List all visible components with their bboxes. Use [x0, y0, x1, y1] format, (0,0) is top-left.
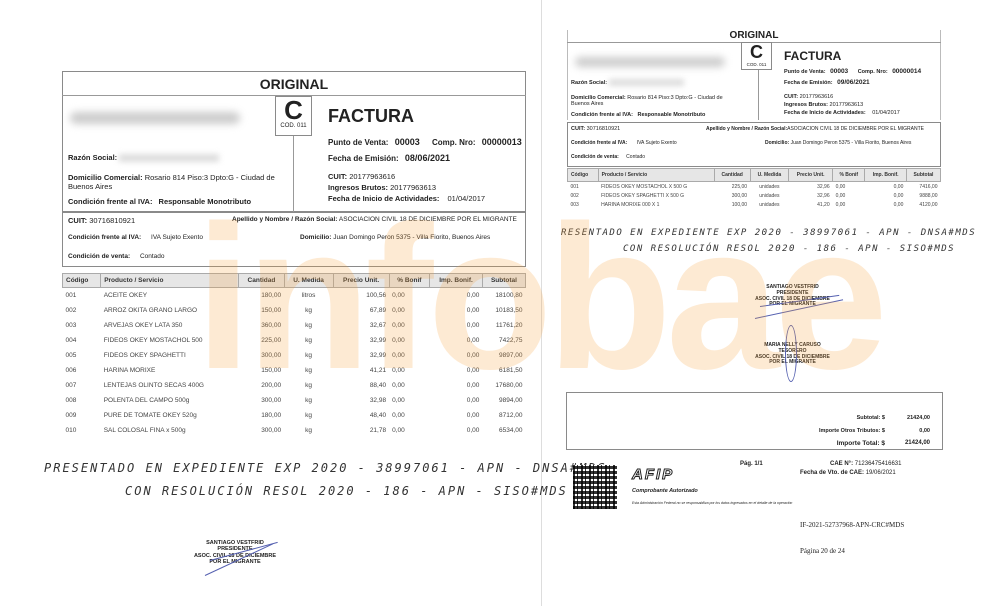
table-cell: FIDEOS OKEY SPAGHETTI X 500 G [598, 191, 714, 200]
table-cell: 0,00 [833, 200, 865, 209]
left-type-box: C COD. 011 [275, 96, 312, 136]
table-cell: unidades [750, 191, 789, 200]
right-cuit-value: 20177963616 [800, 94, 834, 100]
left-copy-label: ORIGINAL [62, 76, 526, 92]
left-client-iva-label: Condición frente al IVA: [68, 234, 141, 241]
table-cell: 0,00 [865, 182, 906, 192]
right-autorizado: Comprobante Autorizado [632, 488, 698, 494]
left-domicilio-label: Domicilio Comercial: [68, 173, 143, 182]
left-client-dom-label: Domicilio: [300, 234, 331, 241]
left-client-venta: Contado [140, 253, 165, 260]
table-cell: 0,00 [430, 423, 483, 438]
table-cell: 9888,00 [906, 191, 940, 200]
table-cell: 32,96 [789, 182, 833, 192]
table-row: 009PURE DE TOMATE OKEY 520g180,00kg48,40… [63, 408, 526, 423]
right-invoice-title: FACTURA [784, 49, 841, 63]
right-page-count: Pág. 1/1 [740, 461, 763, 467]
right-client-nombre: ASOCIACION CIVIL 18 DE DICIEMBRE POR EL … [787, 126, 924, 132]
table-cell: 0,00 [430, 408, 483, 423]
table-cell: 010 [63, 423, 101, 438]
column-header: Código [568, 169, 599, 182]
table-cell: 0,00 [389, 423, 430, 438]
right-inicio-value: 01/04/2017 [872, 110, 900, 116]
right-signature-loop [785, 325, 797, 382]
right-client-venta-label: Condición de venta: [571, 154, 619, 160]
right-center-divider [758, 70, 759, 120]
right-ib-value: 20177963613 [830, 102, 864, 108]
left-client-cuit: 30716810921 [89, 216, 135, 225]
table-cell: 007 [63, 378, 101, 393]
right-pv-label: Punto de Venta: [784, 69, 826, 75]
right-client-venta: Contado [626, 154, 645, 160]
table-cell: 0,00 [430, 378, 483, 393]
table-cell: FIDEOS OKEY SPAGHETTI [101, 348, 239, 363]
table-cell: 300,00 [239, 423, 284, 438]
table-cell: 48,40 [333, 408, 389, 423]
table-cell: kg [284, 333, 333, 348]
column-header: Producto / Servicio [101, 274, 239, 288]
table-cell: 0,00 [430, 303, 483, 318]
page-separator [541, 0, 542, 606]
table-cell: 0,00 [389, 288, 430, 304]
right-doc-reference: IF-2021-52737968-APN-CRC#MDS [800, 521, 904, 529]
table-row: 010SAL COLOSAL FINA x 500g300,00kg21,780… [63, 423, 526, 438]
right-cae-label: CAE N°: [830, 461, 853, 467]
table-row: 002ARROZ OKITA GRANO LARGO150,00kg67,890… [63, 303, 526, 318]
table-cell: 003 [63, 318, 101, 333]
table-cell: 003 [568, 200, 599, 209]
left-pv-label: Punto de Venta: [328, 138, 388, 147]
right-subtotal-value: 21424,00 [890, 415, 930, 421]
table-cell: 360,00 [239, 318, 284, 333]
left-ib-label: Ingresos Brutos: [328, 183, 388, 192]
table-cell: 0,00 [833, 182, 865, 192]
table-cell: ARVEJAS OKEY LATA 350 [101, 318, 239, 333]
table-row: 001FIDEOS OKEY MOSTACHOL X 500 G225,00un… [568, 182, 941, 192]
table-cell: 8712,00 [482, 408, 525, 423]
table-cell: kg [284, 378, 333, 393]
table-cell: 180,00 [239, 288, 284, 304]
table-cell: 0,00 [430, 348, 483, 363]
left-comp-value: 00000013 [482, 137, 522, 147]
left-table-header: CódigoProducto / ServicioCantidadU. Medi… [63, 274, 526, 288]
table-row: 003HARINA MORIXE 000 X 1100,00unidades41… [568, 200, 941, 209]
column-header: Subtotal [906, 169, 940, 182]
table-cell: LENTEJAS OLINTO SECAS 400G [101, 378, 239, 393]
table-cell: kg [284, 348, 333, 363]
right-total-label: Importe Total: $ [740, 440, 885, 447]
right-blurred-razon [609, 79, 684, 86]
table-cell: 150,00 [239, 363, 284, 378]
table-cell: 17680,00 [482, 378, 525, 393]
table-cell: 004 [63, 333, 101, 348]
right-type-code: COD. 011 [742, 62, 771, 67]
table-cell: kg [284, 303, 333, 318]
right-handwritten-line1: RESENTADO EN EXPEDIENTE EXP 2020 - 38997… [561, 228, 976, 238]
table-row: 002FIDEOS OKEY SPAGHETTI X 500 G300,00un… [568, 191, 941, 200]
left-client-nombre-label: Apellido y Nombre / Razón Social: [232, 216, 337, 223]
table-cell: 6181,50 [482, 363, 525, 378]
table-cell: 005 [63, 348, 101, 363]
left-iva-value: Responsable Monotributo [159, 197, 252, 206]
left-type-code: COD. 011 [276, 123, 311, 129]
table-cell: kg [284, 408, 333, 423]
table-cell: 0,00 [389, 378, 430, 393]
table-cell: 67,89 [333, 303, 389, 318]
right-iva-value: Responsable Monotributo [637, 112, 705, 118]
left-cuit-value: 20177963616 [349, 172, 395, 181]
right-fecha-label: Fecha de Emisión: [784, 80, 833, 86]
table-cell: 001 [63, 288, 101, 304]
left-client-iva: IVA Sujeto Exento [151, 234, 203, 241]
table-cell: kg [284, 423, 333, 438]
column-header: Código [63, 274, 101, 288]
table-cell: 225,00 [239, 333, 284, 348]
left-blurred-razon [119, 154, 219, 162]
table-cell: 200,00 [239, 378, 284, 393]
left-invoice-title: FACTURA [328, 106, 414, 127]
right-otros-value: 0,00 [890, 428, 930, 434]
right-left-edge [567, 30, 568, 120]
table-cell: 32,96 [789, 191, 833, 200]
right-comp-label: Comp. Nro: [858, 69, 888, 75]
left-blurred-name [70, 112, 240, 124]
right-right-edge [940, 30, 941, 120]
table-cell: 300,00 [714, 191, 750, 200]
table-cell: 7422,75 [482, 333, 525, 348]
table-cell: ARROZ OKITA GRANO LARGO [101, 303, 239, 318]
column-header: Precio Unit. [789, 169, 833, 182]
right-client-iva: IVA Sujeto Exento [637, 140, 677, 146]
table-cell: 32,99 [333, 348, 389, 363]
right-cuit-label: CUIT: [784, 94, 798, 100]
right-items-table: CódigoProducto / ServicioCantidadU. Medi… [567, 168, 941, 209]
column-header: Cantidad [239, 274, 284, 288]
column-header: Producto / Servicio [598, 169, 714, 182]
right-disclaimer: Esta Administración Federal no se respon… [632, 501, 792, 505]
table-cell: 21,78 [333, 423, 389, 438]
table-cell: 32,98 [333, 393, 389, 408]
left-center-divider [293, 127, 294, 212]
right-vto-value: 19/06/2021 [866, 470, 896, 476]
table-cell: 180,00 [239, 408, 284, 423]
left-handwritten-line1: PRESENTADO EN EXPEDIENTE EXP 2020 - 3899… [44, 461, 607, 475]
right-iva-label: Condición frente al IVA: [571, 112, 633, 118]
column-header: U. Medida [750, 169, 789, 182]
table-cell: 0,00 [389, 318, 430, 333]
table-cell: 008 [63, 393, 101, 408]
table-cell: 9894,00 [482, 393, 525, 408]
table-cell: 225,00 [714, 182, 750, 192]
left-razon-label: Razón Social: [68, 153, 117, 162]
table-cell: 0,00 [389, 333, 430, 348]
table-row: 005FIDEOS OKEY SPAGHETTI300,00kg32,990,0… [63, 348, 526, 363]
table-cell: kg [284, 318, 333, 333]
table-cell: SAL COLOSAL FINA x 500g [101, 423, 239, 438]
left-client-cuit-label: CUIT: [68, 216, 87, 225]
table-cell: 18100,80 [482, 288, 525, 304]
right-inicio-label: Fecha de Inicio de Actividades: [784, 110, 866, 116]
table-cell: 002 [63, 303, 101, 318]
table-row: 006HARINA MORIXE150,00kg41,210,000,00618… [63, 363, 526, 378]
table-cell: 10183,50 [482, 303, 525, 318]
column-header: U. Medida [284, 274, 333, 288]
table-cell: PURE DE TOMATE OKEY 520g [101, 408, 239, 423]
right-type-box: C COD. 011 [741, 42, 772, 70]
table-cell: 6534,00 [482, 423, 525, 438]
left-client-dom: Juan Domingo Peron 5375 - Villa Fiorito,… [333, 234, 490, 241]
right-handwritten-line2: CON RESOLUCIÓN RESOL 2020 - 186 - APN - … [623, 244, 955, 254]
right-subtotal-label: Subtotal: $ [740, 415, 885, 421]
left-cuit-label: CUIT: [328, 172, 347, 181]
right-pv-value: 00003 [830, 68, 848, 75]
column-header: % Bonif [833, 169, 865, 182]
qr-code-icon [573, 465, 617, 509]
table-row: 003ARVEJAS OKEY LATA 350360,00kg32,670,0… [63, 318, 526, 333]
table-cell: unidades [750, 182, 789, 192]
table-cell: 100,00 [714, 200, 750, 209]
left-client-venta-label: Condición de venta: [68, 253, 130, 260]
column-header: Imp. Bonif. [430, 274, 483, 288]
table-cell: 0,00 [389, 393, 430, 408]
table-cell: 0,00 [389, 363, 430, 378]
table-cell: litros [284, 288, 333, 304]
right-comp-value: 00000014 [892, 68, 921, 75]
table-cell: POLENTA DEL CAMPO 500g [101, 393, 239, 408]
right-client-nombre-label: Apellido y Nombre / Razón Social: [706, 126, 787, 132]
table-cell: 7416,00 [906, 182, 940, 192]
table-cell: 9897,00 [482, 348, 525, 363]
left-ib-value: 20177963613 [390, 183, 436, 192]
left-inicio-label: Fecha de Inicio de Actividades: [328, 194, 439, 203]
table-row: 004FIDEOS OKEY MOSTACHOL 500225,00kg32,9… [63, 333, 526, 348]
table-cell: 0,00 [865, 200, 906, 209]
afip-logo-icon: AFIP [632, 466, 674, 483]
column-header: % Bonif [389, 274, 430, 288]
column-header: Imp. Bonif. [865, 169, 906, 182]
right-blurred-name [575, 57, 725, 67]
table-cell: unidades [750, 200, 789, 209]
column-header: Subtotal [482, 274, 525, 288]
table-row: 001ACEITE OKEY180,00litros100,560,000,00… [63, 288, 526, 304]
table-cell: 0,00 [389, 408, 430, 423]
right-client-dom: Juan Domingo Peron 5375 - Villa Fiorito,… [791, 140, 912, 146]
table-cell: 009 [63, 408, 101, 423]
right-client-dom-label: Domicilio: [765, 140, 789, 146]
table-cell: 11761,20 [482, 318, 525, 333]
table-cell: 41,20 [789, 200, 833, 209]
table-cell: FIDEOS OKEY MOSTACHOL X 500 G [598, 182, 714, 192]
left-handwritten-line2: CON RESOLUCIÓN RESOL 2020 - 186 - APN - … [125, 484, 568, 498]
table-cell: 002 [568, 191, 599, 200]
right-client-cuit-label: CUIT: [571, 126, 585, 132]
table-cell: 0,00 [833, 191, 865, 200]
table-cell: 0,00 [865, 191, 906, 200]
right-client-iva-label: Condición frente al IVA: [571, 140, 627, 146]
table-cell: 0,00 [430, 288, 483, 304]
right-total-value: 21424,00 [890, 440, 930, 446]
table-cell: 300,00 [239, 348, 284, 363]
right-page-number: Página 20 de 24 [800, 547, 845, 555]
right-type-letter: C [742, 43, 771, 62]
left-inicio-value: 01/04/2017 [448, 194, 486, 203]
table-cell: 32,99 [333, 333, 389, 348]
table-cell: 0,00 [389, 303, 430, 318]
right-otros-label: Importe Otros Tributos: $ [740, 428, 885, 434]
right-copy-label: ORIGINAL [567, 30, 941, 41]
table-row: 008POLENTA DEL CAMPO 500g300,00kg32,980,… [63, 393, 526, 408]
table-cell: ACEITE OKEY [101, 288, 239, 304]
right-table-header: CódigoProducto / ServicioCantidadU. Medi… [568, 169, 941, 182]
column-header: Cantidad [714, 169, 750, 182]
right-client-cuit: 30716810921 [587, 126, 621, 132]
table-cell: HARINA MORIXE 000 X 1 [598, 200, 714, 209]
table-cell: 0,00 [430, 393, 483, 408]
left-comp-label: Comp. Nro: [432, 138, 476, 147]
table-cell: 100,56 [333, 288, 389, 304]
right-vto-label: Fecha de Vto. de CAE: [800, 470, 864, 476]
left-items-table: CódigoProducto / ServicioCantidadU. Medi… [62, 273, 526, 438]
left-fecha-label: Fecha de Emisión: [328, 154, 399, 163]
table-cell: 001 [568, 182, 599, 192]
left-type-letter: C [276, 97, 311, 123]
table-cell: HARINA MORIXE [101, 363, 239, 378]
table-cell: 0,00 [430, 363, 483, 378]
table-cell: 88,40 [333, 378, 389, 393]
table-cell: kg [284, 393, 333, 408]
table-cell: 0,00 [430, 318, 483, 333]
table-cell: kg [284, 363, 333, 378]
table-cell: 4120,00 [906, 200, 940, 209]
table-row: 007LENTEJAS OLINTO SECAS 400G200,00kg88,… [63, 378, 526, 393]
table-cell: 300,00 [239, 393, 284, 408]
left-iva-label: Condición frente al IVA: [68, 197, 152, 206]
table-cell: 41,21 [333, 363, 389, 378]
right-ib-label: Ingresos Brutos: [784, 102, 828, 108]
table-cell: 0,00 [389, 348, 430, 363]
table-cell: 0,00 [430, 333, 483, 348]
right-cae-value: 71236475416631 [855, 461, 902, 467]
left-client-nombre: ASOCIACION CIVIL 18 DE DICIEMBRE POR EL … [339, 216, 517, 223]
table-cell: FIDEOS OKEY MOSTACHOL 500 [101, 333, 239, 348]
right-razon-label: Razón Social: [571, 80, 607, 86]
table-cell: 006 [63, 363, 101, 378]
right-fecha-value: 09/06/2021 [837, 79, 870, 86]
column-header: Precio Unit. [333, 274, 389, 288]
left-fecha-value: 08/06/2021 [405, 153, 450, 163]
table-cell: 32,67 [333, 318, 389, 333]
table-cell: 150,00 [239, 303, 284, 318]
left-pv-value: 00003 [395, 137, 420, 147]
